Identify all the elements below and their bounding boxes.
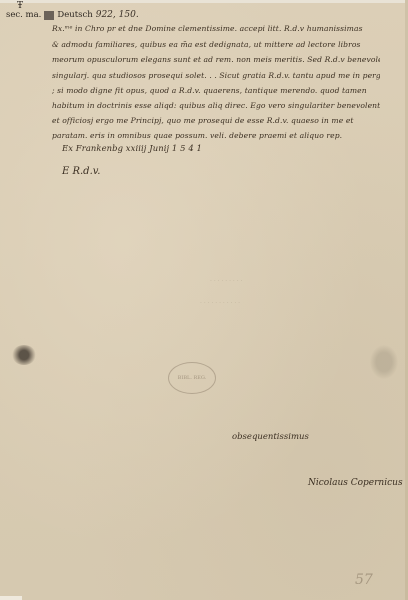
bleed-through-text: · · · · · · · · · — [210, 278, 242, 285]
folio-number: 57 — [355, 572, 373, 588]
bleed-through-text: · · · · · · · · · · · — [200, 300, 240, 307]
letter-closing: E R.d.v. — [62, 166, 100, 177]
page-top-edge — [0, 0, 408, 3]
library-stamp: BIBL. REG. — [168, 362, 216, 394]
signature-name: Nicolaus Copernicus — [308, 478, 403, 488]
archive-handwritten-ref: 922, 150. — [96, 10, 139, 20]
letter-line-4: singularj. qua studiosos prosequi solet.… — [52, 71, 380, 80]
library-stamp-text: BIBL. REG. — [169, 374, 215, 382]
signature-valediction: obsequentissimus — [232, 432, 309, 442]
ink-stain — [12, 345, 36, 365]
letter-line-1: Rx.ᵐᵉ in Chro pr et dne Domine clementis… — [52, 24, 377, 33]
archive-mark: Ŧ — [17, 1, 23, 11]
paper-stain — [370, 345, 398, 379]
archive-label: Ŧ sec. ma. Deutsch 922, 150. — [6, 6, 139, 20]
letter-line-8: paratam. eris in omnibus quae possum. ve… — [52, 131, 374, 140]
archive-stamp-icon — [44, 11, 54, 20]
letter-line-3: meorum opusculorum elegans sunt et ad re… — [52, 55, 380, 64]
archive-printed-label: sec. ma. — [6, 10, 41, 20]
letter-line-5: ; si modo digne fit opus, quod a R.d.v. … — [52, 86, 380, 95]
letter-date-line: Ex Frankenbg xxiiij Junij 1 5 4 1 — [62, 143, 242, 153]
letter-line-7: et officiosj ergo me Principj, quo me pr… — [52, 116, 380, 125]
letter-line-6: habitum in doctrinis esse aliqd: quibus … — [52, 101, 380, 110]
manuscript-page: Ŧ sec. ma. Deutsch 922, 150. Rx.ᵐᵉ in Ch… — [0, 0, 408, 600]
letter-line-2: & admodu familiares, quibus ea m̃a est d… — [52, 40, 380, 49]
archive-series: Deutsch — [57, 10, 92, 20]
page-corner-edge — [0, 596, 22, 600]
